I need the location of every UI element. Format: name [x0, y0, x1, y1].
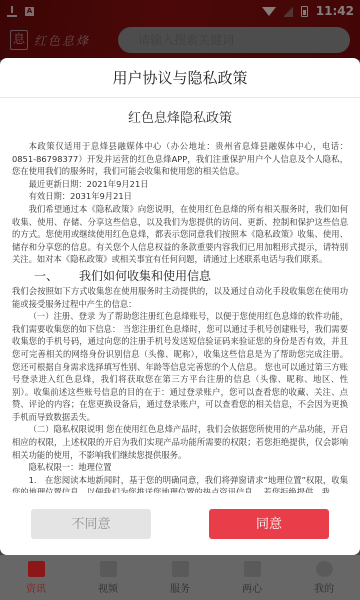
- policy-paragraph: 我们希望通过本《隐私政策》向您说明，在使用红色息烽的所有相关服务时，我们如何收集…: [12, 203, 348, 266]
- policy-paragraph: （一）注册、登录 为了帮助您注册红色息烽账号，以便于您使用红色息烽的软件功能，我…: [12, 310, 348, 423]
- video-camera-icon: [100, 561, 117, 577]
- dialog-title: 用户协议与隐私政策: [0, 58, 360, 98]
- policy-paragraph: 隐私权限一：地理位置: [12, 461, 348, 474]
- tab-label: 服务: [170, 580, 190, 595]
- graduation-cap-icon: [244, 561, 261, 577]
- agree-button[interactable]: 同意: [209, 509, 329, 539]
- policy-effective-date: 有效日期：2031年9月21日: [12, 190, 348, 203]
- disagree-button[interactable]: 不同意: [31, 509, 151, 539]
- section-heading: 一、我们如何收集和使用信息: [12, 267, 348, 285]
- tab-two-hearts[interactable]: 两心: [216, 555, 288, 600]
- tab-label: 两心: [242, 580, 262, 595]
- dialog-footer: 不同意 同意: [0, 493, 360, 555]
- tab-news[interactable]: 资讯: [0, 555, 72, 600]
- news-icon: [28, 561, 45, 577]
- policy-updated-date: 最近更新日期：2021年9月21日: [12, 178, 348, 191]
- section-number: 一、: [34, 267, 79, 285]
- tab-label: 资讯: [26, 580, 46, 595]
- policy-paragraph: 1. 在您阅读本地新闻时，基于您的明确同意，我们将弹窗请求“地理位置”权限，收集…: [12, 474, 348, 493]
- policy-scroll-area[interactable]: 红色息烽隐私政策 本政策仅适用于息烽县融媒体中心（办公地址：贵州省息烽县融媒体中…: [0, 98, 360, 493]
- tab-service[interactable]: 服务: [144, 555, 216, 600]
- tab-label: 我的: [314, 580, 334, 595]
- tab-video[interactable]: 视频: [72, 555, 144, 600]
- policy-paragraph: 本政策仅适用于息烽县融媒体中心（办公地址：贵州省息烽县融媒体中心，电话：0851…: [12, 140, 348, 178]
- policy-document-title: 红色息烽隐私政策: [12, 107, 348, 126]
- privacy-dialog: 用户协议与隐私政策 红色息烽隐私政策 本政策仅适用于息烽县融媒体中心（办公地址：…: [0, 58, 360, 555]
- tab-mine[interactable]: 我的: [288, 555, 360, 600]
- tab-label: 视频: [98, 580, 118, 595]
- policy-paragraph: 我们会按照如下方式收集您在使用服务时主动提供的，以及通过自动化手段收集您在使用功…: [12, 285, 348, 310]
- service-bookmark-icon: [172, 561, 189, 577]
- bottom-tab-bar: 资讯 视频 服务 两心 我的: [0, 555, 360, 600]
- profile-icon: [316, 561, 333, 577]
- policy-paragraph: （二）隐私权限说明 您在使用红色息烽产品时，我们会依据您所使用的产品功能，开启相…: [12, 423, 348, 461]
- section-heading-text: 我们如何收集和使用信息: [79, 269, 211, 283]
